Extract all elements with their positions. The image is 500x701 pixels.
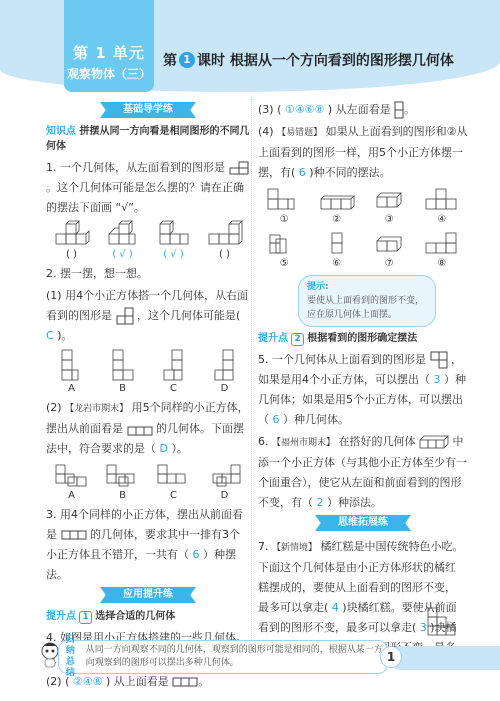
cube-figure-icon <box>213 348 237 382</box>
q4-figures-row-1: ① ② ③ ④ <box>258 185 468 227</box>
unit-subtitle: 观察物体（三） <box>67 65 151 82</box>
cube-figure-icon <box>371 185 407 213</box>
cube-figure-icon <box>111 348 135 382</box>
answer: D <box>160 442 168 455</box>
mascot-icon <box>40 642 60 668</box>
q4-figure: ⑦ <box>371 229 407 271</box>
knowledge-point: 知识点 拼摆从同一方向看是相同图形的不同几何体 <box>46 124 250 154</box>
q4-figure: ⑧ <box>424 229 460 271</box>
question-5: 5. 一个几何体从上面看到的图形是 ，如果是用4个小正方体，可以摆出（ 3 ）种… <box>258 350 468 430</box>
cube-figure-icon <box>54 220 90 248</box>
q2-2-option[interactable]: B <box>105 461 141 503</box>
summary-box: 归纳总结 从同一方向观察不同的几何体，观察到的图形可能是相同的，根据从某一方向观… <box>58 640 388 674</box>
cube-figure-icon <box>54 461 90 489</box>
lesson-title: 第 1 课时 根据从一个方向看到的图形摆几何体 <box>163 50 454 70</box>
q1-option[interactable]: ( ) <box>207 220 243 262</box>
q4-figure: ⑥ <box>319 229 355 271</box>
right-column: (3) ( ①④⑥⑧ ) 从左面看是 。 (4) 【易错题】 如果从上面看到的图… <box>258 100 468 680</box>
cube-figure-icon <box>207 461 243 489</box>
shape-front-view-icon <box>127 422 153 436</box>
cube-figure-icon <box>371 229 407 257</box>
improve-point-1: 提升点 1 选择合适的几何体 <box>46 609 250 624</box>
q4-figure: ③ <box>371 185 407 227</box>
answer: 4 <box>332 601 339 614</box>
left-column: 基础导学练 知识点 拼摆从同一方向看是相同图形的不同几何体 1. 一个几何体，从… <box>46 100 250 694</box>
q7-cube-figure-icon <box>424 606 460 638</box>
q2-1-option[interactable]: C <box>162 348 186 396</box>
cube-figure-icon <box>266 229 302 257</box>
q4-figure: ④ <box>424 185 460 227</box>
question-4-part-3: (3) ( ①④⑥⑧ ) 从左面看是 。 <box>258 100 468 120</box>
q2-2-option[interactable]: A <box>54 461 90 503</box>
cube-figure-icon <box>319 185 355 213</box>
cube-figure-icon <box>156 220 192 248</box>
q2-1-option[interactable]: B <box>111 348 135 396</box>
unit-title: 第 1 单元 <box>73 42 145 63</box>
question-3: 3. 用4个同样的小正方体，摆出从前面看是 的几何体，要求其中一排有3个小正方体… <box>46 505 250 585</box>
q2-1-option[interactable]: A <box>60 348 84 396</box>
answer: 6 <box>273 413 280 426</box>
page-number: 1 <box>380 646 402 668</box>
shape-two-stack-icon <box>229 161 249 175</box>
question-2-part-1: (1) 用4个小正方体搭一个几何体，从右面看到的图形是 ，这个几何体可能是( C… <box>46 286 250 346</box>
question-1: 1. 一个几何体，从左面看到的图形是 。这个几何体可能是怎么摆的？请在正确的摆法… <box>46 158 250 218</box>
cube-figure-icon <box>266 185 302 213</box>
section-banner-extend: 思维拓展练 <box>315 515 411 531</box>
cube-figure-icon <box>60 348 84 382</box>
answer: ①④⑥⑧ <box>285 103 324 116</box>
cube-figure-icon <box>162 348 186 382</box>
section-banner-apply: 应用提升练 <box>100 587 196 603</box>
answer: 6 <box>299 166 306 179</box>
cube-figure-icon <box>105 220 141 248</box>
summary-badge: 归纳总结 <box>63 635 78 679</box>
q1-figures: ( ) ( √ ) ( √ ) ( ) <box>46 220 250 262</box>
q1-option[interactable]: ( √ ) <box>156 220 192 262</box>
q4-figures-row-2: ⑤ ⑥ ⑦ ⑧ <box>258 229 468 271</box>
question-6: 6. 【福州市期末】 在搭好的几何体 中添一个小正方体（与其他小正方体至少有一个… <box>258 432 468 513</box>
cube-figure-icon <box>156 461 192 489</box>
cube-figure-icon <box>319 229 355 257</box>
question-2: 2. 摆一摆，想一想。 <box>46 264 250 284</box>
question-4-part-4: (4) 【易错题】 如果从上面看到的图形和②从上面看到的图形一样，用5个小正方体… <box>258 122 468 183</box>
cube-figure-icon <box>207 220 243 248</box>
answer: 2 <box>317 496 324 509</box>
answer: 3 <box>434 373 441 386</box>
cube-row-icon <box>419 435 449 449</box>
shape-three-row-icon <box>172 677 198 687</box>
q2-2-figures: A B C D <box>46 461 250 503</box>
knowledge-label: 知识点 <box>46 126 76 137</box>
q4-figure: ⑤ <box>266 229 302 271</box>
column-divider <box>251 96 252 646</box>
summary-text: 从同一方向观察不同的几何体，观察到的图形可能是相同的，根据从某一方向观察到的图形… <box>86 644 387 670</box>
shape-vertical-two-icon <box>394 101 404 119</box>
unit-tab: 第 1 单元 观察物体（三） <box>64 0 154 92</box>
hint-bubble: 提示: 要使从上面看到的图形不变，应在原几何体上面摆。 <box>298 275 436 327</box>
q1-option[interactable]: ( ) <box>54 220 90 262</box>
shape-right-view-icon <box>116 307 134 325</box>
q4-figure: ② <box>319 185 355 227</box>
improve-point-2: 提升点 2 根据看到的图形确定摆法 <box>258 331 468 346</box>
cube-figure-icon <box>424 185 460 213</box>
answer: C <box>46 329 54 342</box>
cube-figure-icon <box>105 461 141 489</box>
question-2-part-2: (2) 【龙岩市期末】 用5个同样的小正方体，摆出从前面看是 的几何体。下面摆法… <box>46 398 250 459</box>
q2-2-option[interactable]: C <box>156 461 192 503</box>
q2-1-figures: A B C D <box>46 348 250 396</box>
section-banner-basic: 基础导学练 <box>100 102 196 118</box>
q2-1-option[interactable]: D <box>213 348 237 396</box>
page-strip <box>388 646 500 670</box>
q4-figure: ① <box>266 185 302 227</box>
answer: 6 <box>193 548 200 561</box>
lesson-number-badge: 1 <box>179 52 195 68</box>
shape-top-view-icon <box>430 351 448 369</box>
cube-figure-icon <box>424 229 460 257</box>
shape-three-row-icon <box>61 530 87 540</box>
q1-option[interactable]: ( √ ) <box>105 220 141 262</box>
q2-2-option[interactable]: D <box>207 461 243 503</box>
